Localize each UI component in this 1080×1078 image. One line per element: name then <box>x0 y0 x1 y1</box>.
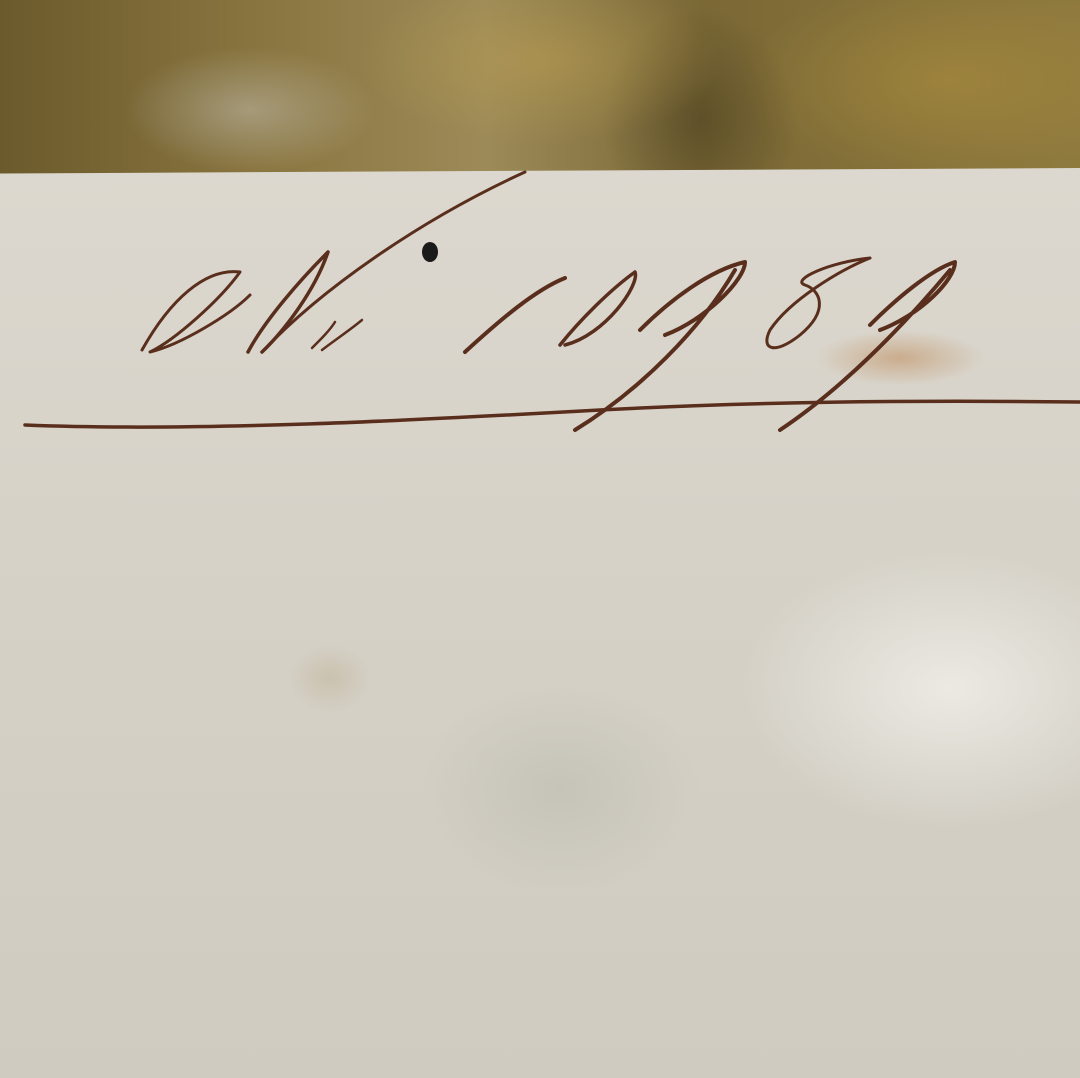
handwritten-number <box>0 0 1080 1078</box>
